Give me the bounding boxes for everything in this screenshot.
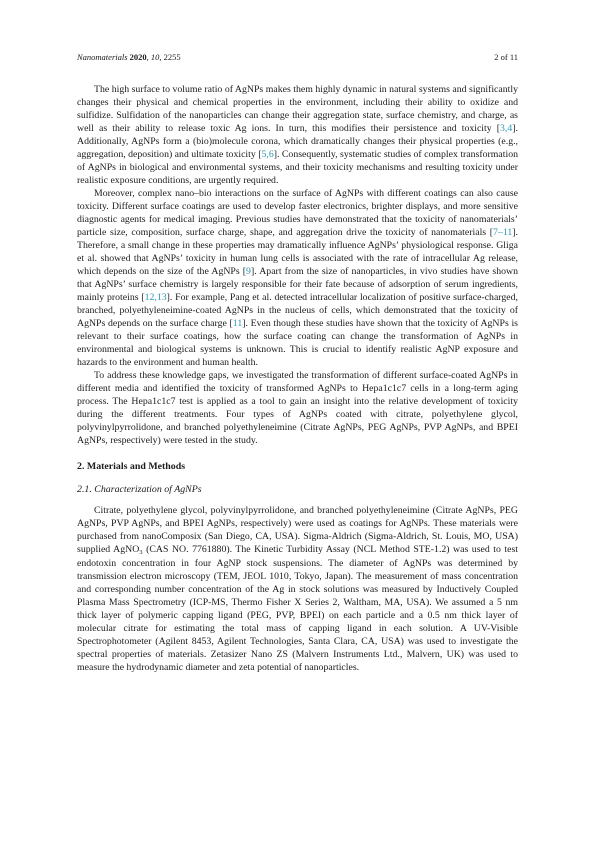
text-segment: (CAS NO. 7761880). The Kinetic Turbidity… bbox=[77, 544, 518, 673]
text-segment: Nanomaterials bbox=[77, 52, 130, 62]
paper-page: Nanomaterials 2020, 10, 2255 2 of 11 The… bbox=[0, 0, 595, 842]
text-segment: Moreover, complex nano–bio interactions … bbox=[77, 188, 518, 238]
text-segment: , 2255 bbox=[159, 52, 180, 62]
paragraph: Moreover, complex nano–bio interactions … bbox=[77, 187, 518, 369]
journal-citation: Nanomaterials 2020, 10, 2255 bbox=[77, 52, 181, 62]
section-heading: 2. Materials and Methods bbox=[77, 461, 518, 472]
text-segment: The high surface to volume ratio of AgNP… bbox=[77, 84, 518, 134]
citation-link[interactable]: 11 bbox=[233, 318, 242, 329]
text-segment: To address these knowledge gaps, we inve… bbox=[77, 370, 518, 446]
citation-link[interactable]: 3,4 bbox=[500, 123, 512, 134]
subsection-heading: 2.1. Characterization of AgNPs bbox=[77, 484, 518, 495]
citation-link[interactable]: 5,6 bbox=[261, 149, 273, 160]
page-header: Nanomaterials 2020, 10, 2255 2 of 11 bbox=[77, 52, 518, 62]
paragraph: Citrate, polyethylene glycol, polyvinylp… bbox=[77, 504, 518, 674]
document-content: The high surface to volume ratio of AgNP… bbox=[77, 83, 518, 674]
page-number: 2 of 11 bbox=[494, 52, 518, 62]
citation-link[interactable]: 12,13 bbox=[145, 292, 167, 303]
paragraph: To address these knowledge gaps, we inve… bbox=[77, 369, 518, 447]
citation-link[interactable]: 7–11 bbox=[493, 227, 512, 238]
text-segment: 3 bbox=[139, 549, 142, 556]
paragraph: The high surface to volume ratio of AgNP… bbox=[77, 83, 518, 187]
text-segment: 2020 bbox=[130, 52, 147, 62]
